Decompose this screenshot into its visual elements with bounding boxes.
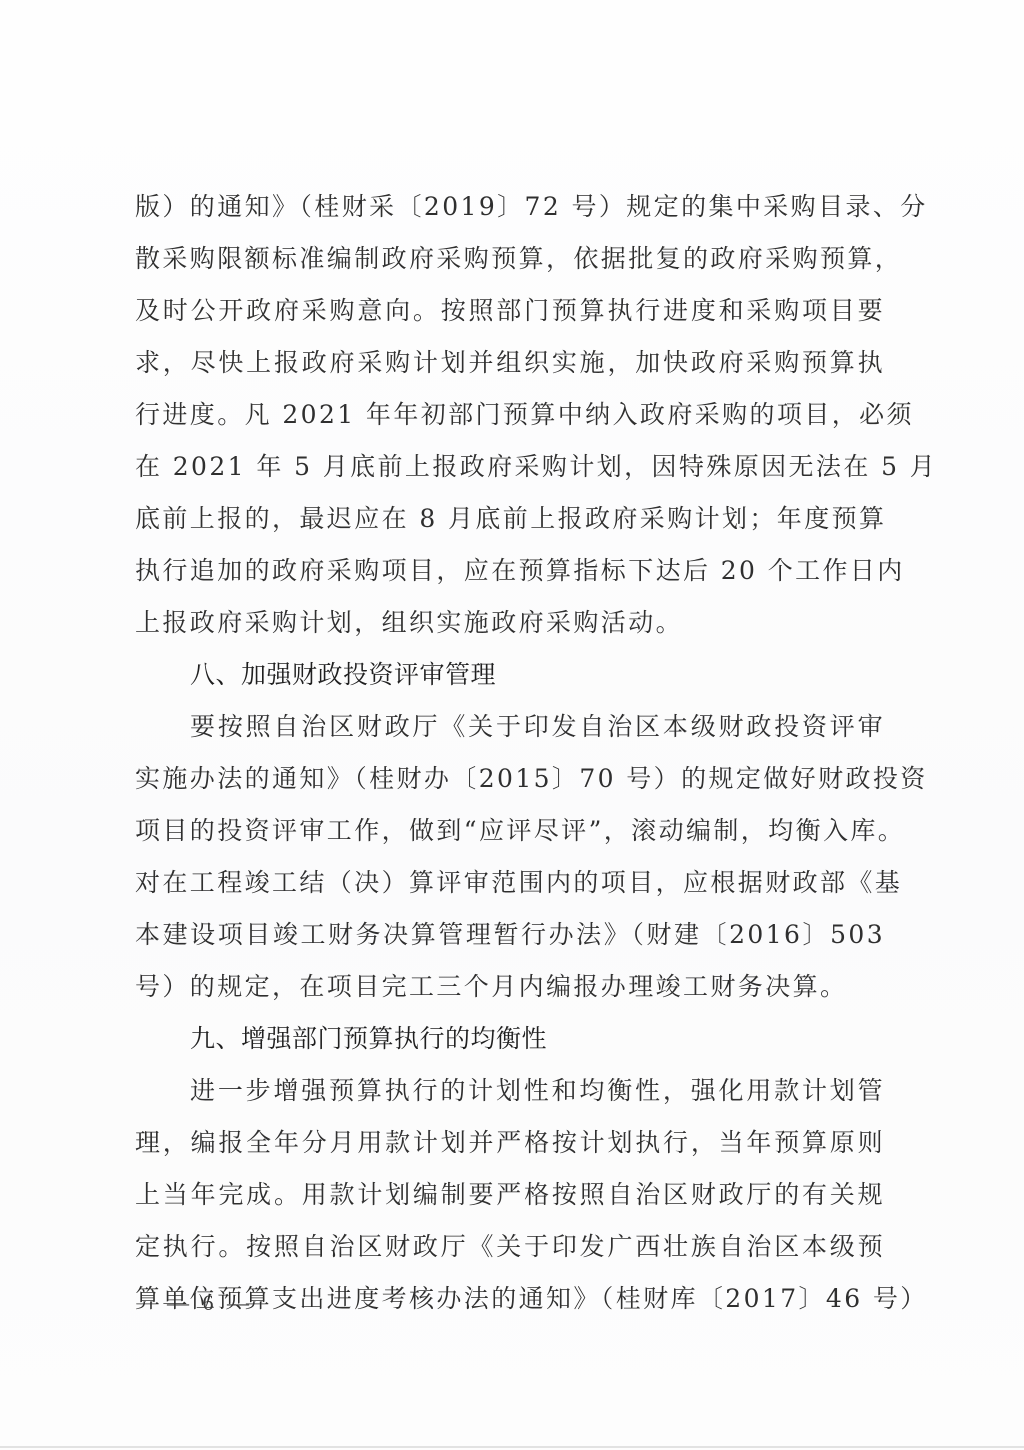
paragraph-line: 进一步增强预算执行的计划性和均衡性，强化用款计划管 (135, 1065, 885, 1117)
paragraph-line: 版）的通知》（桂财采〔2019〕72 号）规定的集中采购目录、分 (135, 181, 885, 233)
paragraph-line: 对在工程竣工结（决）算评审范围内的项目，应根据财政部《基 (135, 857, 885, 909)
paragraph-line: 及时公开政府采购意向。按照部门预算执行进度和采购项目要 (135, 285, 885, 337)
paragraph-line: 行进度。凡 2021 年年初部门预算中纳入政府采购的项目，必须 (135, 389, 885, 441)
paragraph-line: 底前上报的，最迟应在 8 月底前上报政府采购计划；年度预算 (135, 493, 885, 545)
paragraph-line: 散采购限额标准编制政府采购预算，依据批复的政府采购预算， (135, 233, 885, 285)
paragraph-line: 求，尽快上报政府采购计划并组织实施，加快政府采购预算执 (135, 337, 885, 389)
paragraph-line: 定执行。按照自治区财政厅《关于印发广西壮族自治区本级预 (135, 1221, 885, 1273)
paragraph-line: 执行追加的政府采购项目，应在预算指标下达后 20 个工作日内 (135, 545, 885, 597)
paragraph-line: 上报政府采购计划，组织实施政府采购活动。 (135, 597, 885, 649)
section-heading-9: 九、增强部门预算执行的均衡性 (135, 1013, 885, 1065)
paragraph-line: 本建设项目竣工财务决算管理暂行办法》（财建〔2016〕503 (135, 909, 885, 961)
page-number: — 6 — (167, 1290, 253, 1316)
section-heading-8: 八、加强财政投资评审管理 (135, 649, 885, 701)
document-body: 版）的通知》（桂财采〔2019〕72 号）规定的集中采购目录、分 散采购限额标准… (135, 181, 885, 1325)
paragraph-line: 上当年完成。用款计划编制要严格按照自治区财政厅的有关规 (135, 1169, 885, 1221)
paragraph-line: 项目的投资评审工作，做到“应评尽评”，滚动编制，均衡入库。 (135, 805, 885, 857)
paragraph-line: 在 2021 年 5 月底前上报政府采购计划，因特殊原因无法在 5 月 (135, 441, 885, 493)
paragraph-line: 号）的规定，在项目完工三个月内编报办理竣工财务决算。 (135, 961, 885, 1013)
document-page: 版）的通知》（桂财采〔2019〕72 号）规定的集中采购目录、分 散采购限额标准… (0, 0, 1024, 1450)
paragraph-line: 实施办法的通知》（桂财办〔2015〕70 号）的规定做好财政投资 (135, 753, 885, 805)
paragraph-line: 要按照自治区财政厅《关于印发自治区本级财政投资评审 (135, 701, 885, 753)
page-bottom-edge (0, 1446, 1024, 1448)
paragraph-line: 理，编报全年分月用款计划并严格按计划执行，当年预算原则 (135, 1117, 885, 1169)
